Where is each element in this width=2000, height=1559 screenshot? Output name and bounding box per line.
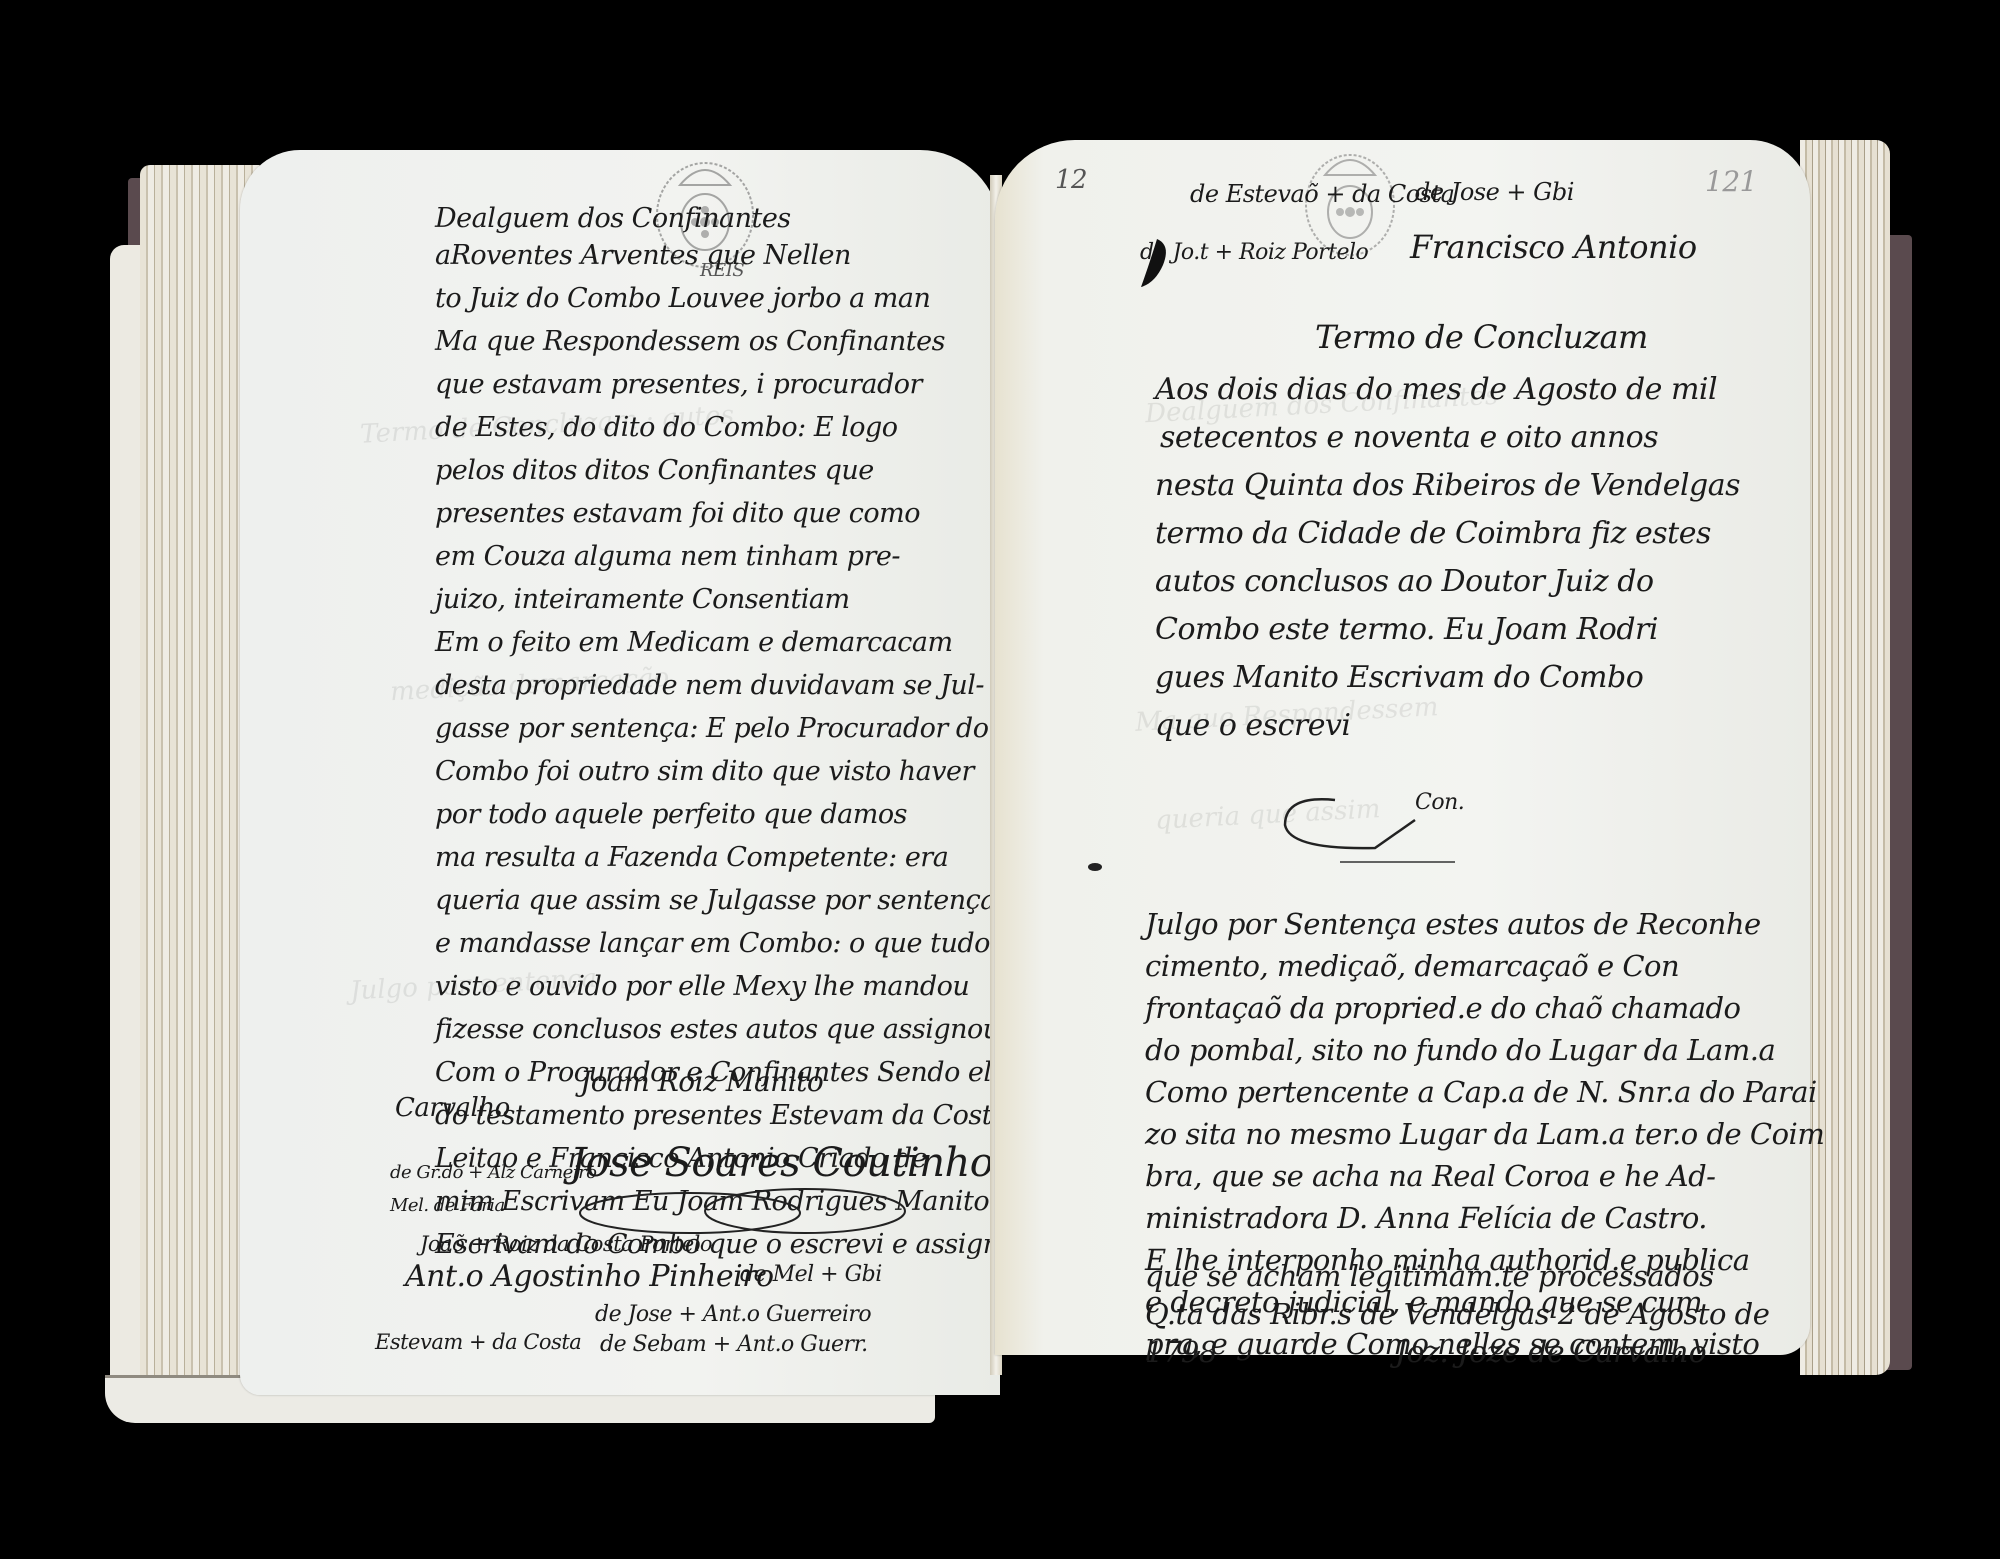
manuscript-line: do testamento presentes Estevam da Costa — [435, 1102, 1008, 1129]
manuscript-line: juizo, inteiramente Consentiam — [435, 586, 850, 613]
signature-francisco-antonio: Francisco Antonio — [1410, 228, 1697, 266]
photo-background: REIS Termo de Concluzam · autos medição … — [0, 0, 2000, 1559]
manuscript-line: visto e ouvido por elle Mexy lhe mandou — [435, 973, 969, 1000]
manuscript-line: frontaçaõ da propried.e do chaõ chamado — [1145, 994, 1741, 1023]
manuscript-line: de Estes, do dito do Combo: E logo — [435, 414, 898, 441]
manuscript-line: que estavam presentes, i procurador — [435, 371, 922, 398]
folio-number-right: 121 — [1705, 165, 1757, 198]
manuscript-line: Aos dois dias do mes de Agosto de mil — [1155, 375, 1717, 405]
signature: Mel. de Faria — [390, 1195, 505, 1216]
page-edges-right — [1800, 140, 1890, 1375]
manuscript-line: Ma que Respondessem os Confinantes — [435, 328, 945, 355]
manuscript-line: pelos ditos ditos Confinantes que — [435, 457, 874, 484]
manuscript-line: ministradora D. Anna Felícia de Castro. — [1145, 1204, 1707, 1233]
manuscript-line: Em o feito em Medicam e demarcacam — [435, 629, 953, 656]
document-date: 1798 — [1145, 1338, 1217, 1367]
manuscript-line: ma resulta a Fazenda Competente: era — [435, 844, 948, 871]
manuscript-line: por todo aquele perfeito que damos — [435, 801, 907, 828]
manuscript-line: do pombal, sito no fundo do Lugar da Lam… — [1145, 1036, 1775, 1065]
signature-flourish-icon — [575, 1185, 915, 1245]
signature: de Gr.do + Alz Carneiro — [390, 1162, 597, 1183]
signature: de Sebam + Ant.o Guerr. — [600, 1332, 868, 1357]
flourish-label: Con. — [1415, 790, 1464, 815]
manuscript-line: gues Manito Escrivam do Combo — [1155, 663, 1643, 693]
signature: de Jose + Gbi — [1415, 178, 1574, 206]
manuscript-line: desta propriedade nem duvidavam se Jul- — [435, 672, 984, 699]
manuscript-line: Q.ta das Ribr.s de Vendelgas 2 de Agosto… — [1145, 1300, 1769, 1329]
manuscript-line: zo sita no mesmo Lugar da Lam.a ter.o de… — [1145, 1120, 1824, 1149]
manuscript-line: aRoventes Arventes que Nellen — [435, 242, 851, 269]
signature: Estevam + da Costa — [375, 1330, 581, 1354]
manuscript-line: Julgo por Sentença estes autos de Reconh… — [1145, 910, 1761, 939]
manuscript-line: to Juiz do Combo Louvee jorbo a man — [435, 285, 930, 312]
right-page: Dealguem dos Confinantes Ma que Responde… — [995, 140, 1810, 1355]
manuscript-line: fizesse conclusos estes autos que assign… — [435, 1016, 1000, 1043]
manuscript-line: queria que assim se Julgasse por sentenç… — [435, 887, 996, 914]
signature: Joam Roiz Manito — [580, 1068, 823, 1096]
ink-spot-icon — [1085, 860, 1105, 874]
manuscript-line: termo da Cidade de Coimbra fiz estes — [1155, 519, 1711, 549]
judge-signature: Joz. Joze de Carvalho — [1395, 1335, 1706, 1370]
manuscript-line: Combo este termo. Eu Joam Rodri — [1155, 615, 1658, 645]
manuscript-line: Como pertencente a Cap.a de N. Snr.a do … — [1145, 1078, 1817, 1107]
signature: de Jose + Ant.o Guerreiro — [595, 1302, 871, 1327]
signature: Carvalho — [395, 1095, 510, 1121]
manuscript-line: que se acham legitimam.te processados — [1145, 1262, 1714, 1291]
signature: de Mel + Gbi — [740, 1262, 882, 1287]
manuscript-line: em Couza alguma nem tinham pre- — [435, 543, 900, 570]
signature-jose-soares: Jose Soares Coutinho — [570, 1140, 993, 1186]
manuscript-line: autos conclusos ao Doutor Juiz do — [1155, 567, 1654, 597]
manuscript-line: Combo foi outro sim dito que visto haver — [435, 758, 974, 785]
document-title: Termo de Concluzam — [1315, 318, 1648, 356]
ink-blot-icon — [1135, 235, 1175, 290]
manuscript-line: gasse por sentença: E pelo Procurador do — [435, 715, 988, 742]
manuscript-line: nesta Quinta dos Ribeiros de Vendelgas — [1155, 471, 1740, 501]
folio-number-left: 12 — [1055, 165, 1087, 195]
manuscript-line: que o escrevi — [1155, 711, 1351, 741]
manuscript-line: Dealguem dos Confinantes — [435, 205, 791, 232]
manuscript-line: setecentos e noventa e oito annos — [1160, 423, 1658, 453]
manuscript-line: cimento, mediçaõ, demarcaçaõ e Con — [1145, 952, 1679, 981]
manuscript-line: e mandasse lançar em Combo: o que tudo — [435, 930, 990, 957]
manuscript-line: presentes estavam foi dito que como — [435, 500, 920, 527]
signature: Ant.o Agostinho Pinheiro — [405, 1262, 774, 1292]
manuscript-line: bra, que se acha na Real Coroa e he Ad- — [1145, 1162, 1715, 1191]
